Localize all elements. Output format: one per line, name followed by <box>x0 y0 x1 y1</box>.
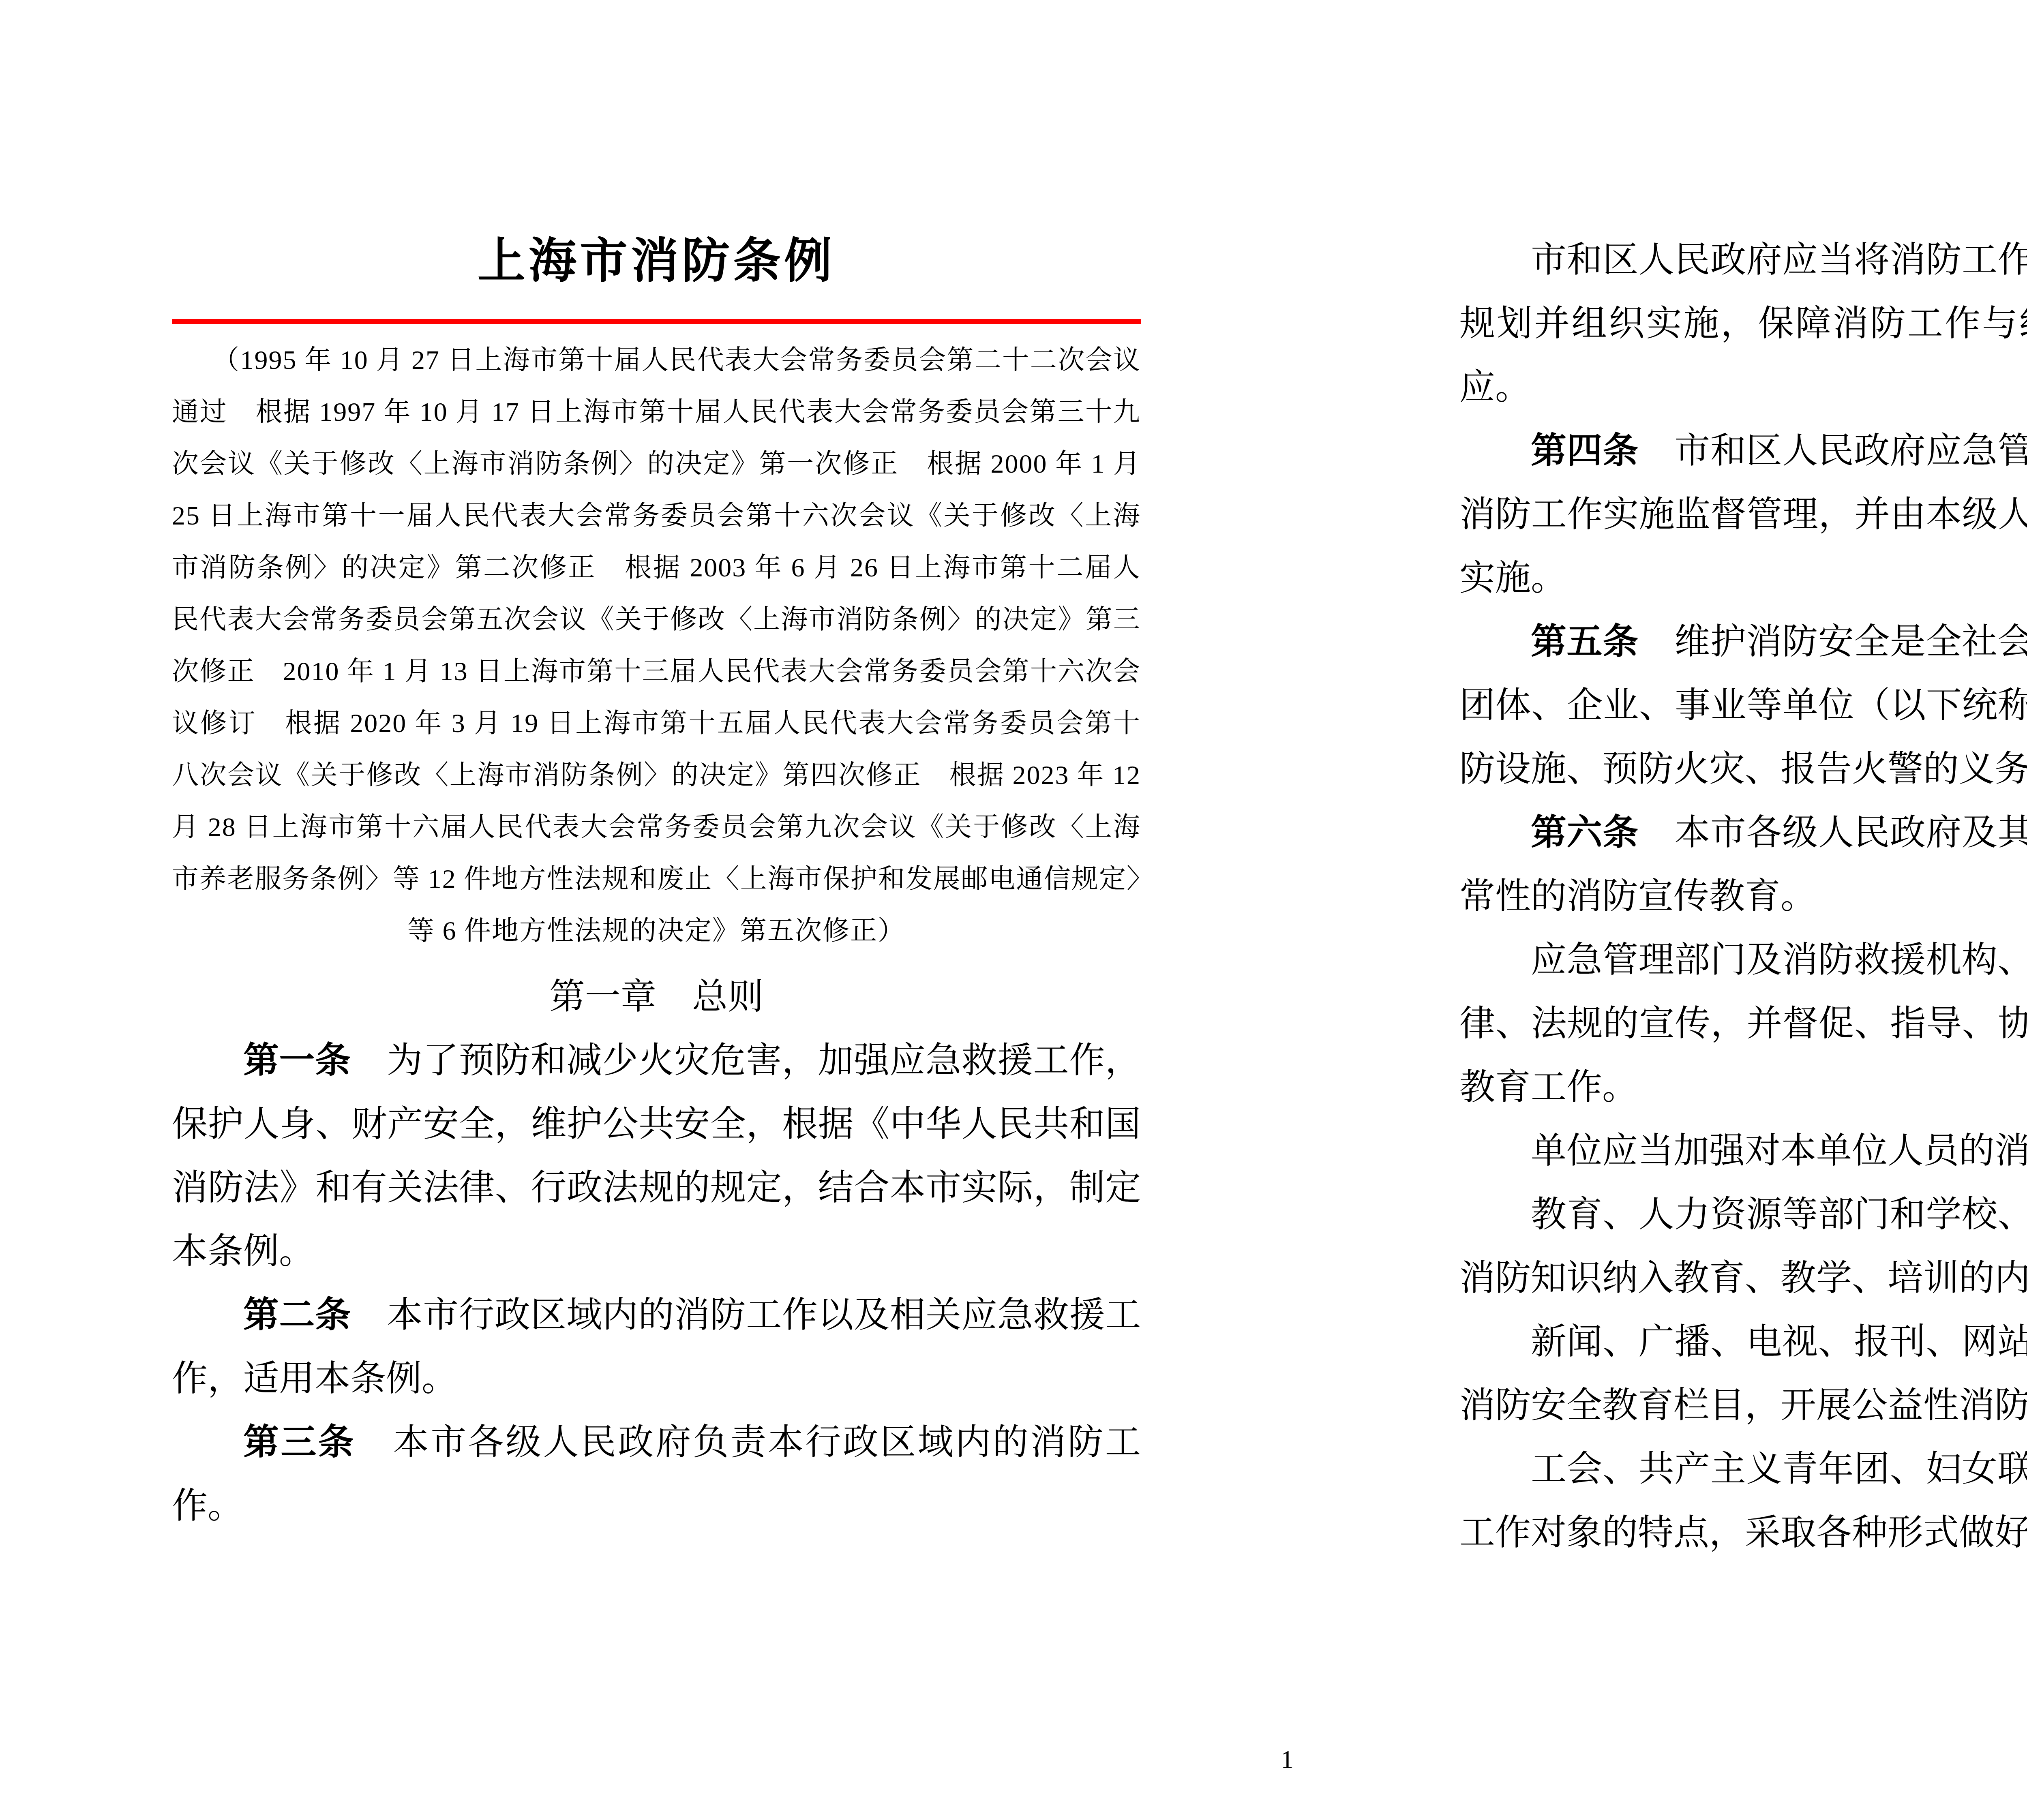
title-underline-rule <box>172 319 1141 324</box>
article-text: 新闻、广播、电视、报刊、网站等传播媒体应当积极开设消防安全教育栏目，开展公益性消… <box>1459 1322 2027 1425</box>
article-paragraph: 单位应当加强对本单位人员的消防宣传教育。 <box>1459 1119 2027 1183</box>
article-text: 市和区人民政府应当将消防工作纳入国民经济和社会发展规划并组织实施，保障消防工作与… <box>1459 240 2027 407</box>
article-label: 第六条 <box>1531 813 1674 852</box>
article-paragraph: 新闻、广播、电视、报刊、网站等传播媒体应当积极开设消防安全教育栏目，开展公益性消… <box>1459 1310 2027 1437</box>
article-paragraph: 应急管理部门及消防救援机构、公安机关应当加强消防法律、法规的宣传，并督促、指导、… <box>1459 928 2027 1119</box>
article-paragraph: 第一条为了预防和减少火灾危害，加强应急救援工作，保护人身、财产安全，维护公共安全… <box>172 1029 1141 1283</box>
document-page: 上海市消防条例 （1995 年 10 月 27 日上海市第十届人民代表大会常务委… <box>0 0 2027 1820</box>
right-column: 市和区人民政府应当将消防工作纳入国民经济和社会发展规划并组织实施，保障消防工作与… <box>1459 0 2027 1565</box>
article-paragraph: 第二条本市行政区域内的消防工作以及相关应急救援工作，适用本条例。 <box>172 1283 1141 1411</box>
article-paragraph: 教育、人力资源等部门和学校、有关职业培训机构应当将消防知识纳入教育、教学、培训的… <box>1459 1183 2027 1310</box>
article-paragraph: 工会、共产主义青年团、妇女联合会等团体应当结合各自工作对象的特点，采取各种形式做… <box>1459 1437 2027 1565</box>
article-paragraph: 市和区人民政府应当将消防工作纳入国民经济和社会发展规划并组织实施，保障消防工作与… <box>1459 228 2027 419</box>
article-label: 第一条 <box>243 1041 387 1080</box>
article-label: 第四条 <box>1531 431 1674 471</box>
page-number: 1 <box>0 1745 2027 1774</box>
document-title: 上海市消防条例 <box>172 235 1141 288</box>
article-label: 第三条 <box>243 1423 393 1462</box>
article-text: 工会、共产主义青年团、妇女联合会等团体应当结合各自工作对象的特点，采取各种形式做… <box>1459 1450 2027 1552</box>
article-text: 单位应当加强对本单位人员的消防宣传教育。 <box>1531 1131 2027 1171</box>
chapter-heading: 第一章 总则 <box>172 965 1141 1029</box>
article-paragraph: 第六条本市各级人民政府及其有关部门应当组织开展经常性的消防宣传教育。 <box>1459 801 2027 928</box>
article-paragraph: 第五条维护消防安全是全社会的共同责任。本市机关、团体、企业、事业等单位（以下统称… <box>1459 610 2027 801</box>
article-paragraph: 第四条市和区人民政府应急管理部门对本行政区域内的消防工作实施监督管理，并由本级人… <box>1459 419 2027 610</box>
article-text: 教育、人力资源等部门和学校、有关职业培训机构应当将消防知识纳入教育、教学、培训的… <box>1459 1195 2027 1298</box>
article-paragraph: 第三条本市各级人民政府负责本行政区域内的消防工作。 <box>172 1411 1141 1538</box>
preamble-note: （1995 年 10 月 27 日上海市第十届人民代表大会常务委员会第二十二次会… <box>172 334 1141 957</box>
article-label: 第五条 <box>1531 622 1674 662</box>
left-column: 上海市消防条例 （1995 年 10 月 27 日上海市第十届人民代表大会常务委… <box>172 0 1141 1538</box>
article-label: 第二条 <box>243 1295 387 1335</box>
article-text: 应急管理部门及消防救援机构、公安机关应当加强消防法律、法规的宣传，并督促、指导、… <box>1459 940 2027 1107</box>
